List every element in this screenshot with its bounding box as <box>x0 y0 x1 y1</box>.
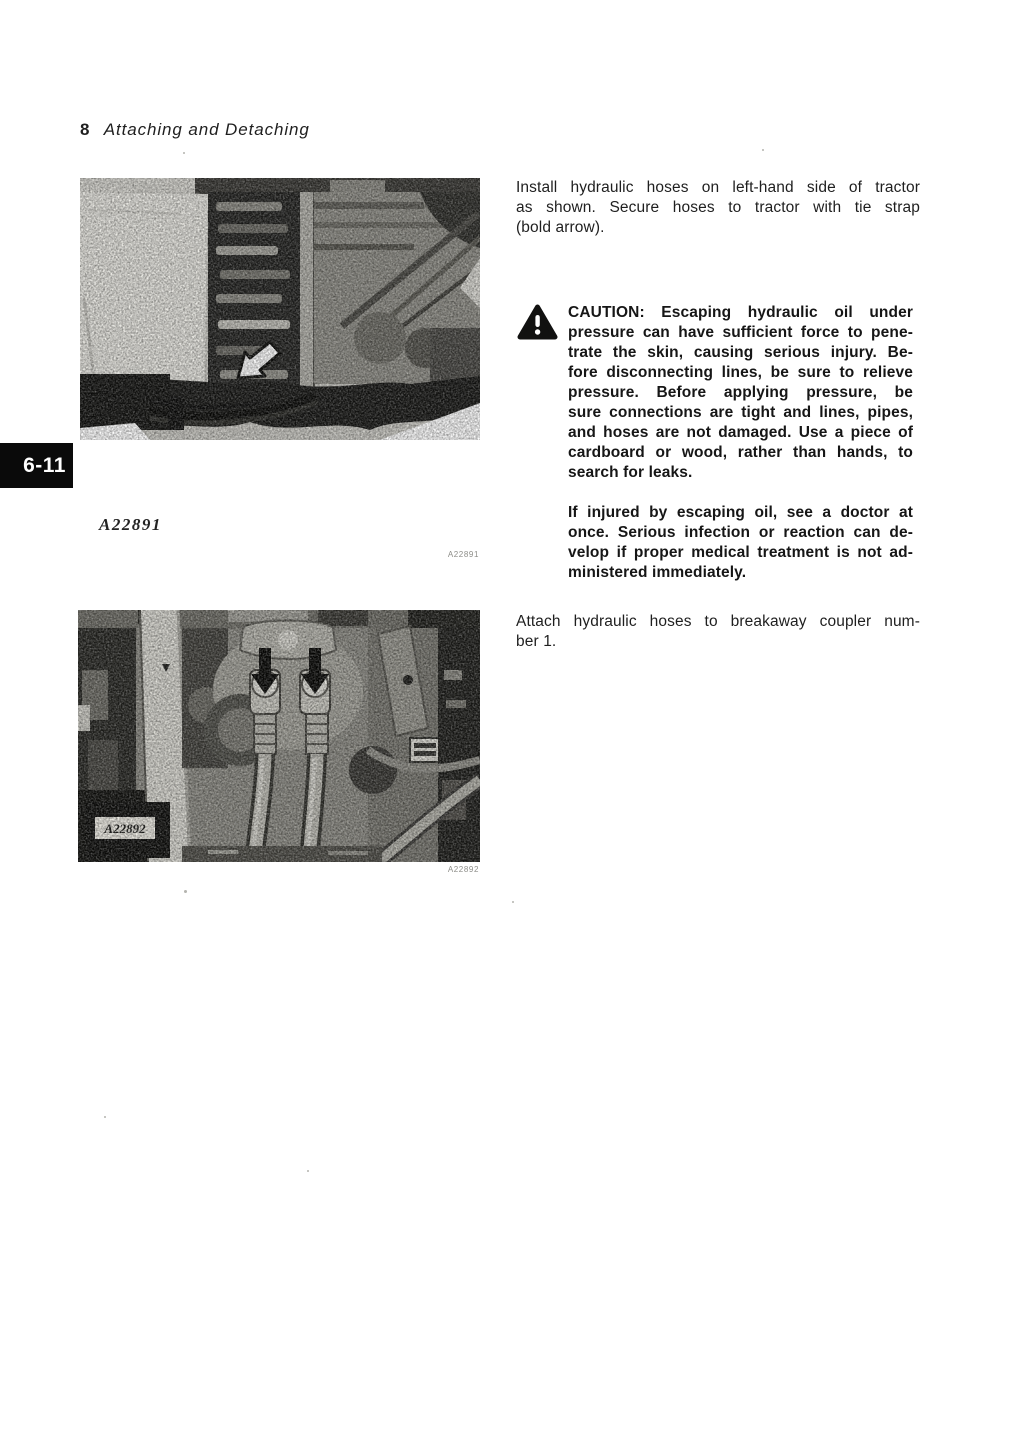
text-line: and hoses are not damaged. Use a piece o… <box>568 423 913 443</box>
text-line: ber 1. <box>516 632 920 652</box>
text-line: ministered immediately. <box>568 563 913 583</box>
text-line: once. Serious infection or reaction can … <box>568 523 913 543</box>
text-line: sure connections are tight and lines, pi… <box>568 403 913 423</box>
text-line: search for leaks. <box>568 463 913 483</box>
text-line: velop if proper medical treatment is not… <box>568 543 913 563</box>
page-number: 8 <box>80 120 90 140</box>
caution-paragraph: CAUTION: Escaping hydraulic oil under pr… <box>568 303 913 483</box>
text-line: pressure. Before applying pressure, be <box>568 383 913 403</box>
tractor-side-photo <box>80 178 480 440</box>
warning-triangle-icon <box>517 304 558 341</box>
scan-speck <box>184 890 187 893</box>
text-line: trate the skin, causing serious injury. … <box>568 343 913 363</box>
figure-2-photo-code: A22892 <box>379 865 479 874</box>
scan-speck <box>512 901 514 903</box>
install-paragraph: Install hydraulic hoses on left-hand sid… <box>516 178 920 238</box>
text-line: pressure can have sufficient force to pe… <box>568 323 913 343</box>
manual-page: 8Attaching and Detaching <box>0 0 1024 1449</box>
text-line: (bold arrow). <box>516 218 920 238</box>
text-line: If injured by escaping oil, see a doctor… <box>568 503 913 523</box>
section-tab-label: 6-11 <box>23 454 66 478</box>
scan-speck <box>307 1170 309 1172</box>
scan-speck <box>183 152 185 154</box>
attach-paragraph: Attach hydraulic hoses to breakaway coup… <box>516 612 920 652</box>
coupler-photo: A22892 <box>78 610 480 862</box>
scan-speck <box>104 1116 106 1118</box>
text-line: Attach hydraulic hoses to breakaway coup… <box>516 612 920 632</box>
section-tab: 6-11 <box>0 443 73 488</box>
figure-1-photo <box>80 178 480 440</box>
scan-speck <box>762 149 764 151</box>
figure-2-photo: A22892 <box>78 610 480 862</box>
figure-1-caption: A22891 <box>99 515 162 535</box>
text-line: Install hydraulic hoses on left-hand sid… <box>516 178 920 198</box>
page-header: 8Attaching and Detaching <box>80 120 310 140</box>
text-line: CAUTION: Escaping hydraulic oil under <box>568 303 913 323</box>
chapter-title: Attaching and Detaching <box>104 120 310 139</box>
text-line: cardboard or wood, rather than hands, to <box>568 443 913 463</box>
text-line: as shown. Secure hoses to tractor with t… <box>516 198 920 218</box>
figure-1-photo-code: A22891 <box>379 550 479 559</box>
text-line: fore disconnecting lines, be sure to rel… <box>568 363 913 383</box>
injury-paragraph: If injured by escaping oil, see a doctor… <box>568 503 913 583</box>
